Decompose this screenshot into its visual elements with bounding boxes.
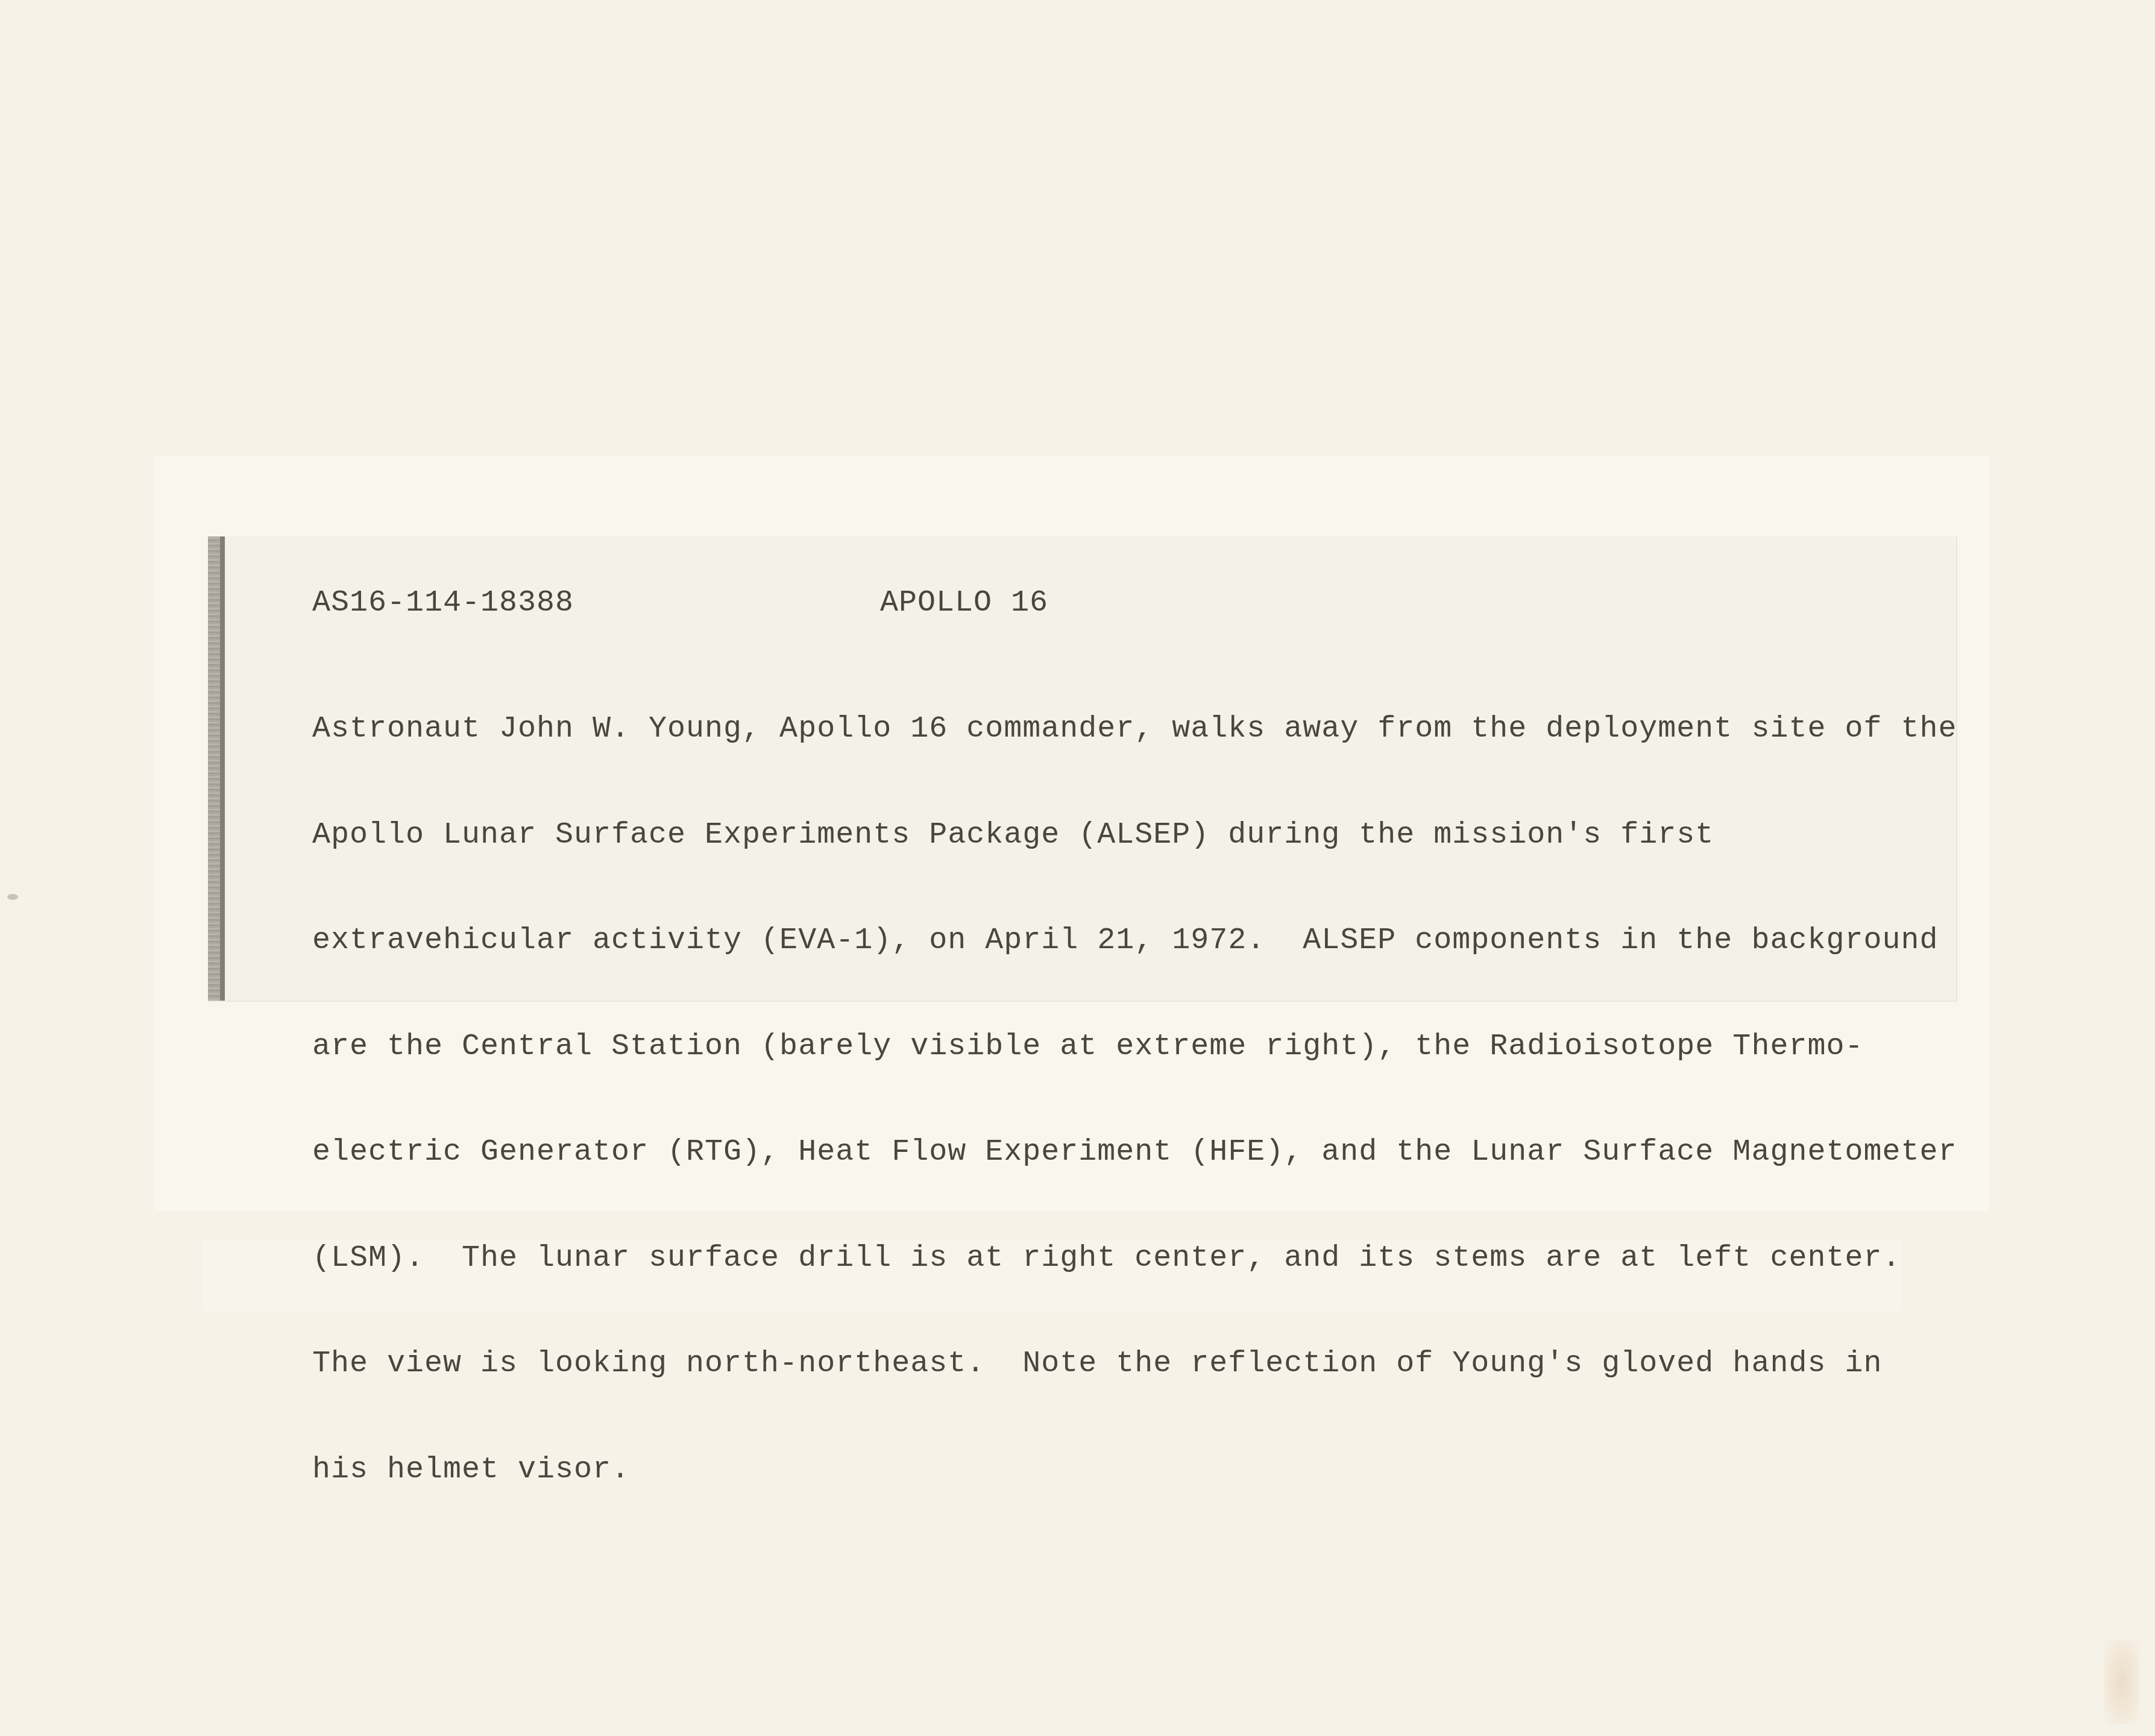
paper-stain (2104, 1640, 2140, 1724)
caption-body: Astronaut John W. Young, Apollo 16 comma… (312, 642, 1957, 1523)
caption-line: The view is looking north-northeast. Not… (312, 1345, 1957, 1383)
caption-line: electric Generator (RTG), Heat Flow Expe… (312, 1134, 1957, 1171)
caption-line: (LSM). The lunar surface drill is at rig… (312, 1240, 1957, 1277)
torn-edge (208, 536, 225, 1001)
caption-line: Astronaut John W. Young, Apollo 16 comma… (312, 711, 1957, 748)
caption-line: his helmet visor. (312, 1451, 1957, 1489)
paper-speck (7, 894, 18, 900)
caption-line: are the Central Station (barely visible … (312, 1028, 1957, 1066)
caption-line: Apollo Lunar Surface Experiments Package… (312, 817, 1957, 854)
photo-id: AS16-114-18388 (312, 586, 574, 620)
caption-line: extravehicular activity (EVA-1), on Apri… (312, 922, 1957, 960)
mission-title: APOLLO 16 (880, 586, 1048, 620)
